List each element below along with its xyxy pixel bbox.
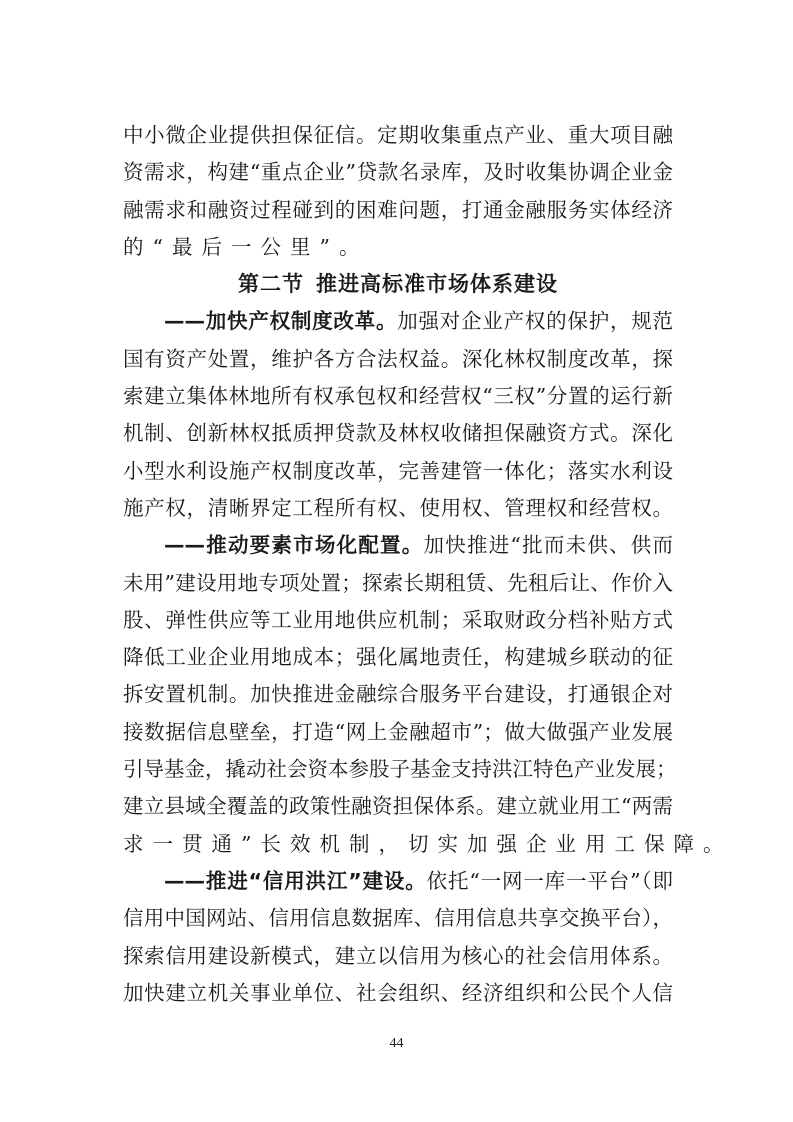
text-line: 降低工业企业用地成本；强化属地责任，构建城乡联动的征 [123, 639, 673, 676]
paragraph-lead: ——推动要素市场化配置。 [164, 533, 424, 557]
paragraph-property-rights-reform: ——加快产权制度改革。加强对企业产权的保护，规范 国有资产处置，维护各方合法权益… [123, 303, 673, 527]
text-line: 股、弹性供应等工业用地供应机制；采取财政分档补贴方式 [123, 602, 673, 639]
paragraph-lead: ——推进“信用洪江”建设。 [164, 869, 427, 893]
paragraph-continuation: 中小微企业提供担保征信。定期收集重点产业、重大项目融 资需求，构建“重点企业”贷… [123, 117, 673, 266]
text-line: 接数据信息壁垒，打造“网上金融超市”；做大做强产业发展 [123, 714, 673, 751]
paragraph-lead: ——加快产权制度改革。 [164, 309, 397, 333]
paragraph-first-line: ——推进“信用洪江”建设。依托“一网一库一平台”（即 [123, 863, 673, 900]
section-title: 推进高标准市场体系建设 [316, 272, 558, 296]
paragraph-first-line: ——加快产权制度改革。加强对企业产权的保护，规范 [123, 303, 673, 340]
text-line: 信用中国网站、信用信息数据库、信用信息共享交换平台）， [123, 900, 673, 937]
text-line: 的“最后一公里”。 [123, 229, 673, 266]
text-line: 加快建立机关事业单位、社会组织、经济组织和公民个人信 [123, 975, 673, 1012]
text-line: 未用”建设用地专项处置；探索长期租赁、先租后让、作价入 [123, 565, 673, 602]
paragraph-first-line: ——推动要素市场化配置。加快推进“批而未供、供而 [123, 527, 673, 564]
page-number: 44 [0, 1036, 793, 1052]
document-body: 中小微企业提供担保征信。定期收集重点产业、重大项目融 资需求，构建“重点企业”贷… [123, 117, 673, 1012]
text-line: 索建立集体林地所有权承包权和经营权“三权”分置的运行新 [123, 378, 673, 415]
text-line: 资需求，构建“重点企业”贷款名录库，及时收集协调企业金 [123, 154, 673, 191]
text-line: 引导基金，撬动社会资本参股子基金支持洪江特色产业发展； [123, 751, 673, 788]
section-heading: 第二节推进高标准市场体系建设 [123, 266, 673, 303]
text-line: 小型水利设施产权制度改革，完善建管一体化；落实水利设 [123, 453, 673, 490]
text-line: 施产权，清晰界定工程所有权、使用权、管理权和经营权。 [123, 490, 673, 527]
text-line: 中小微企业提供担保征信。定期收集重点产业、重大项目融 [123, 117, 673, 154]
text-line: 融需求和融资过程碰到的困难问题，打通金融服务实体经济 [123, 192, 673, 229]
text-line: 求一贯通”长效机制，切实加强企业用工保障。 [123, 826, 673, 863]
paragraph-factor-market-allocation: ——推动要素市场化配置。加快推进“批而未供、供而 未用”建设用地专项处置；探索长… [123, 527, 673, 863]
text-line: 建立县域全覆盖的政策性融资担保体系。建立就业用工“两需 [123, 788, 673, 825]
text-line: 国有资产处置，维护各方合法权益。深化林权制度改革，探 [123, 341, 673, 378]
paragraph-credit-hongjiang: ——推进“信用洪江”建设。依托“一网一库一平台”（即 信用中国网站、信用信息数据… [123, 863, 673, 1012]
text-line: 机制、创新林权抵质押贷款及林权收储担保融资方式。深化 [123, 415, 673, 452]
text-line: 拆安置机制。加快推进金融综合服务平台建设，打通银企对 [123, 676, 673, 713]
text-line: 探索信用建设新模式，建立以信用为核心的社会信用体系。 [123, 938, 673, 975]
section-number: 第二节 [238, 272, 304, 296]
